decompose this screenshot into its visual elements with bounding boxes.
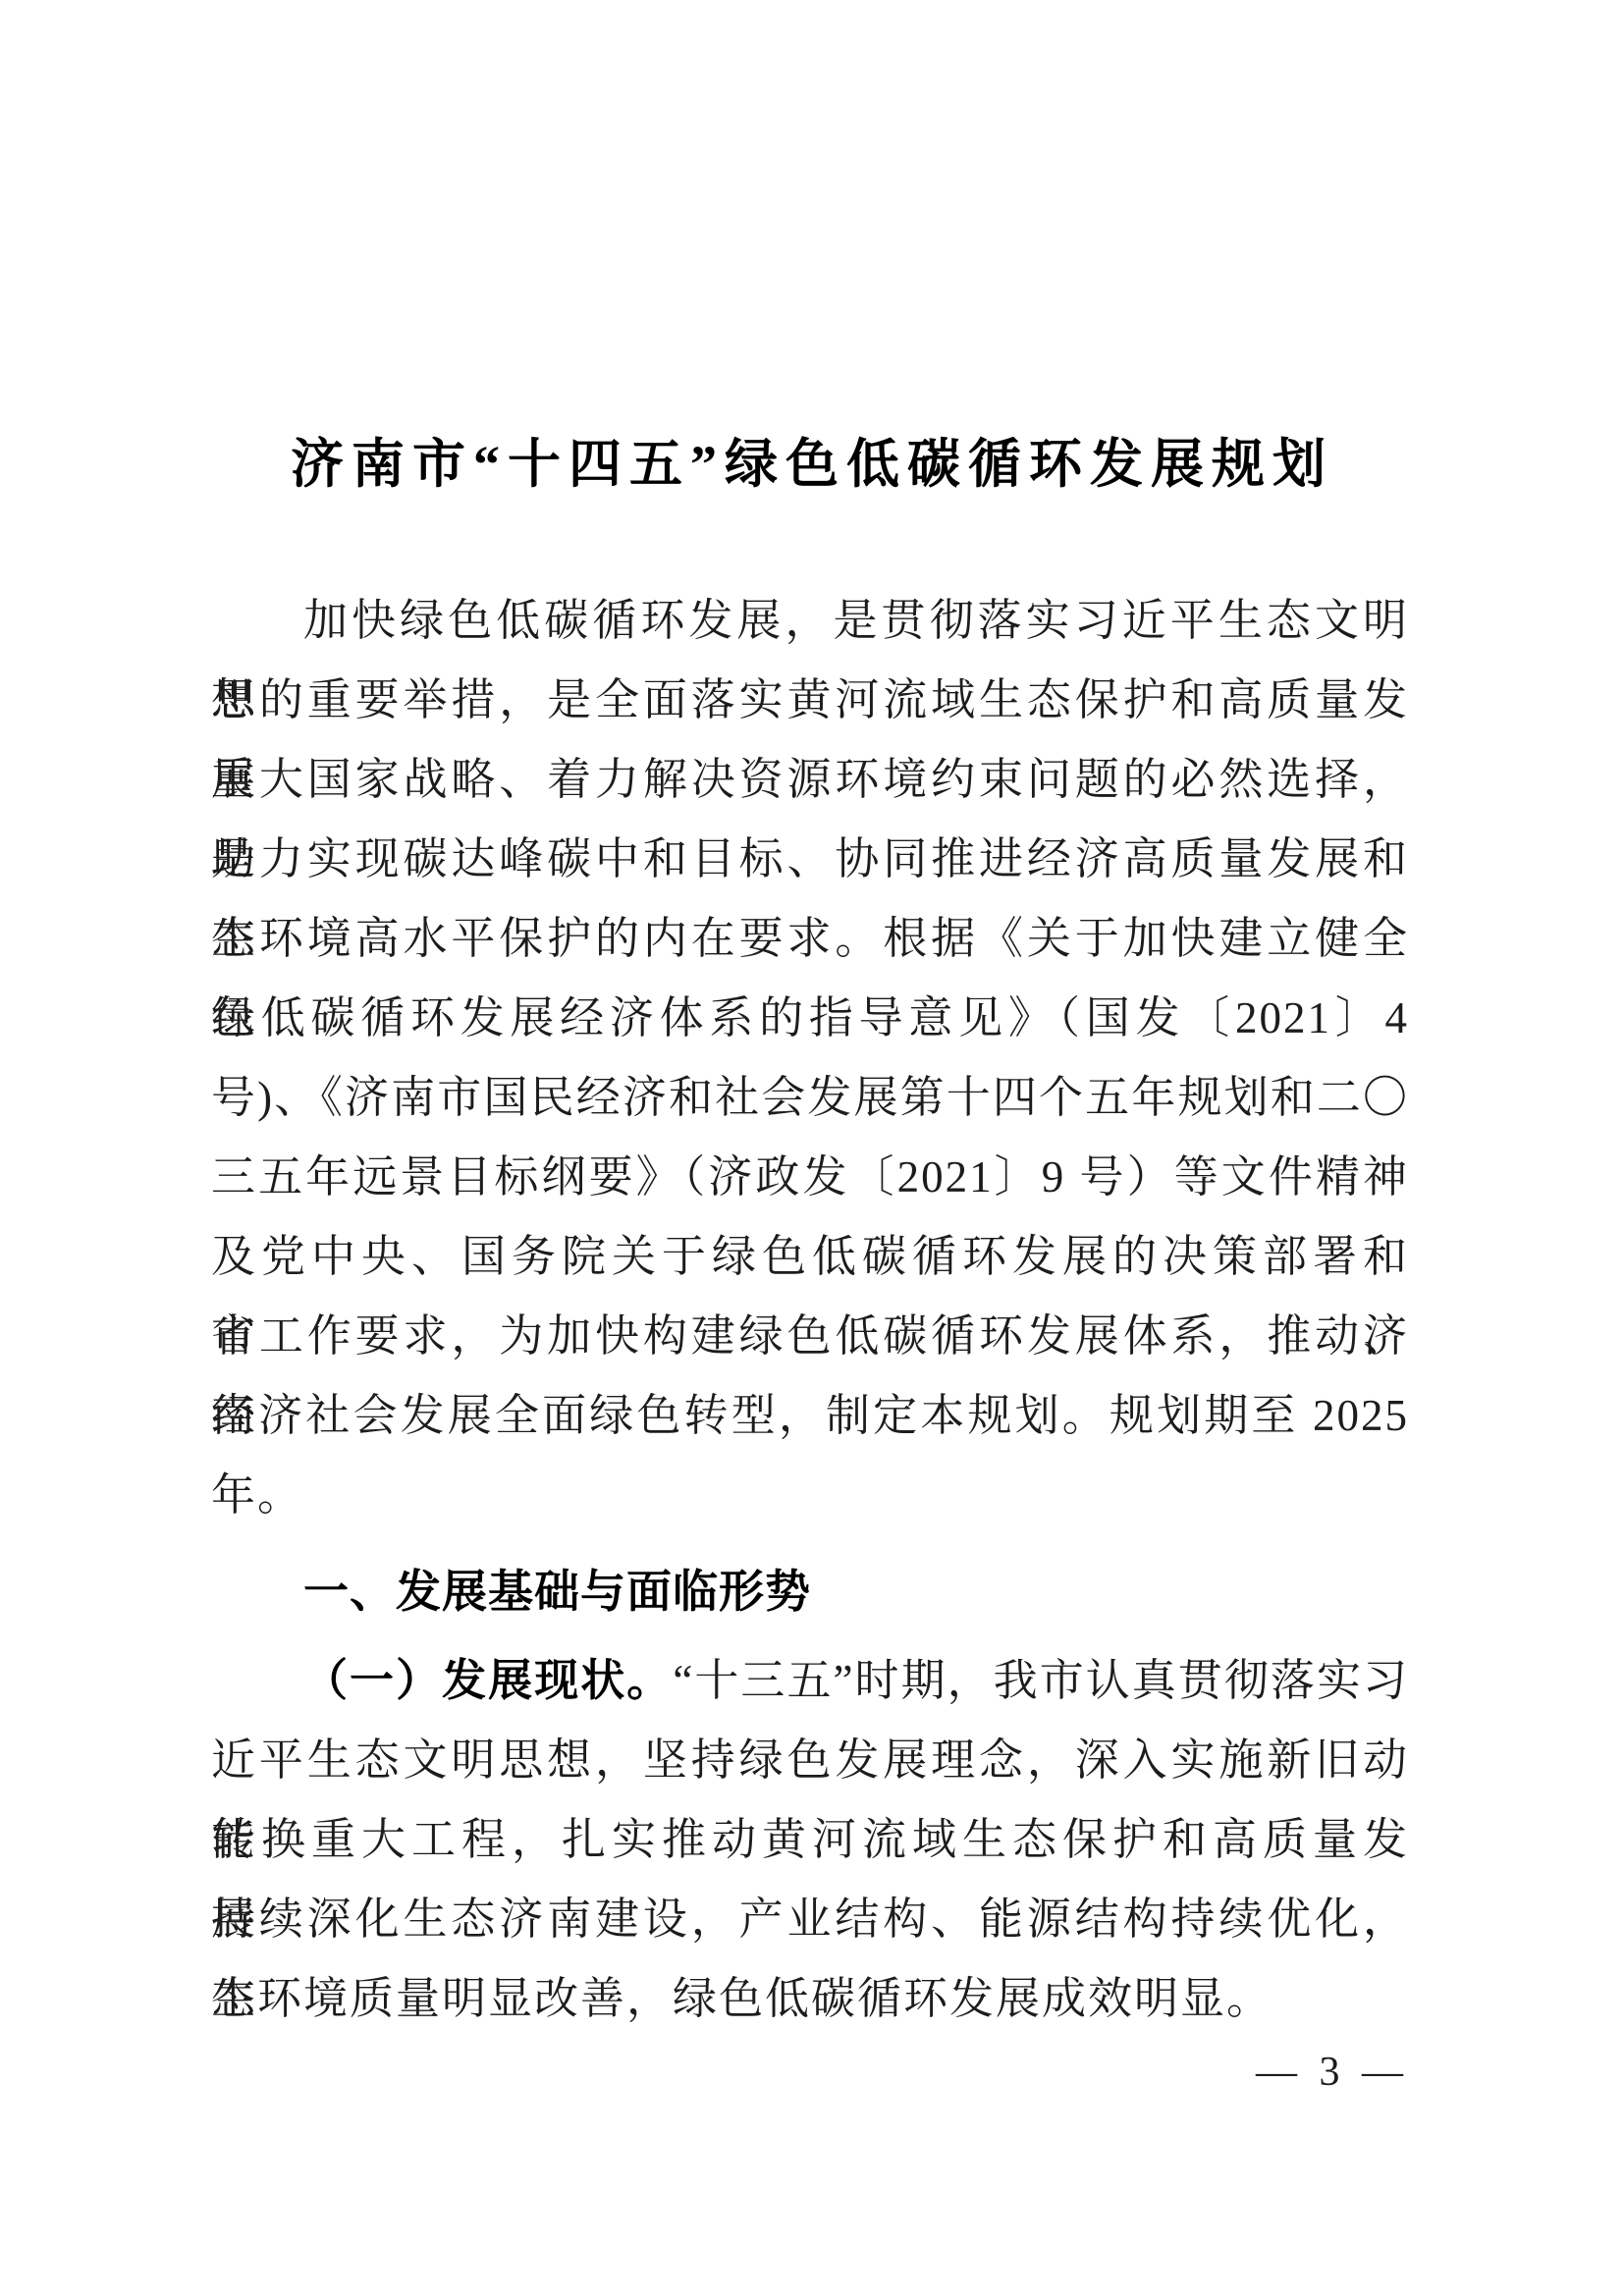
content-area: 加快绿色低碳循环发展，是贯彻落实习近平生态文明思 想的重要举措，是全面落实黄河流… bbox=[211, 581, 1409, 2039]
paragraph-line: 重大国家战略、着力解决资源环境约束问题的必然选择，是 bbox=[211, 740, 1409, 820]
section-heading: 一、发展基础与面临形势 bbox=[211, 1562, 1409, 1621]
paragraph-line: 及党中央、国务院关于绿色低碳循环发展的决策部署和省、 bbox=[211, 1217, 1409, 1297]
paragraph-line: 态环境高水平保护的内在要求。根据《关于加快建立健全绿 bbox=[211, 899, 1409, 979]
subsection-label: （一）发展现状。 bbox=[303, 1656, 673, 1705]
paragraph-line: 市工作要求，为加快构建绿色低碳循环发展体系，推动济南 bbox=[211, 1297, 1409, 1376]
paragraph-line: 年。 bbox=[211, 1456, 1409, 1535]
paragraph-line: 经济社会发展全面绿色转型，制定本规划。规划期至 2025 bbox=[211, 1376, 1409, 1456]
page-title: 济南市“十四五”绿色低碳循环发展规划 bbox=[0, 422, 1624, 498]
paragraph-line: 想的重要举措，是全面落实黄河流域生态保护和高质量发展 bbox=[211, 661, 1409, 740]
paragraph-line: 持续深化生态济南建设，产业结构、能源结构持续优化，生 bbox=[211, 1880, 1409, 1959]
paragraph-line: 加快绿色低碳循环发展，是贯彻落实习近平生态文明思 bbox=[211, 581, 1409, 661]
paragraph-line: 色低碳循环发展经济体系的指导意见》（国发〔2021〕4 bbox=[211, 979, 1409, 1058]
paragraph-line: 近平生态文明思想，坚持绿色发展理念，深入实施新旧动能 bbox=[211, 1721, 1409, 1800]
paragraph-line: 号)、《济南市国民经济和社会发展第十四个五年规划和二〇 bbox=[211, 1058, 1409, 1138]
document-page: 济南市“十四五”绿色低碳循环发展规划 加快绿色低碳循环发展，是贯彻落实习近平生态… bbox=[0, 0, 1624, 2296]
paragraph-line: 三五年远景目标纲要》（济政发〔2021〕9 号）等文件精神 bbox=[211, 1138, 1409, 1217]
paragraph-line: 态环境质量明显改善，绿色低碳循环发展成效明显。 bbox=[211, 1959, 1409, 2039]
page-number: — 3 — bbox=[211, 2050, 1409, 2095]
paragraph-line: 转换重大工程，扎实推动黄河流域生态保护和高质量发展， bbox=[211, 1800, 1409, 1880]
paragraph-text: “十三五”时期，我市认真贯彻落实习 bbox=[673, 1656, 1409, 1705]
paragraph-line: 助力实现碳达峰碳中和目标、协同推进经济高质量发展和生 bbox=[211, 820, 1409, 899]
paragraph-line: （一）发展现状。“十三五”时期，我市认真贯彻落实习 bbox=[211, 1641, 1409, 1721]
